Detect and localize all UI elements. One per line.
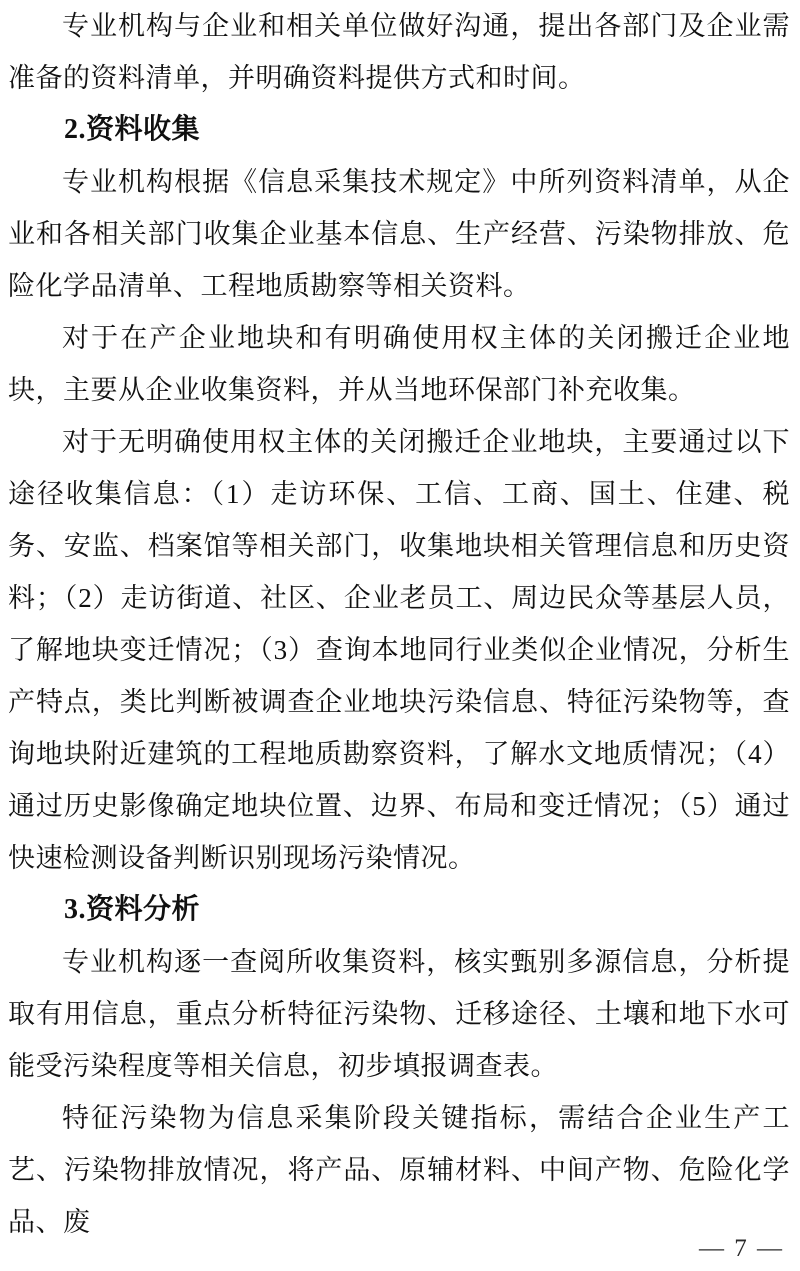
paragraph-characteristic-pollutants: 特征污染物为信息采集阶段关键指标，需结合企业生产工艺、污染物排放情况，将产品、原… xyxy=(8,1092,790,1248)
section-heading-data-analysis: 3.资料分析 xyxy=(8,884,790,936)
section-heading-data-collection: 2.资料收集 xyxy=(8,104,790,156)
paragraph-collection-sources: 专业机构根据《信息采集技术规定》中所列资料清单，从企业和各相关部门收集企业基本信… xyxy=(8,156,790,312)
paragraph-operating-sites: 对于在产企业地块和有明确使用权主体的关闭搬迁企业地块，主要从企业收集资料，并从当… xyxy=(8,312,790,416)
page-number: — 7 — xyxy=(699,1235,784,1262)
paragraph-analysis-process: 专业机构逐一查阅所收集资料，核实甄别多源信息，分析提取有用信息，重点分析特征污染… xyxy=(8,936,790,1092)
page-footer: — 7 — xyxy=(699,1235,784,1263)
paragraph-unclear-ownership-sites: 对于无明确使用权主体的关闭搬迁企业地块，主要通过以下途径收集信息：（1）走访环保… xyxy=(8,416,790,884)
document-page: 专业机构与企业和相关单位做好沟通，提出各部门及企业需准备的资料清单，并明确资料提… xyxy=(0,0,800,1271)
paragraph-communication: 专业机构与企业和相关单位做好沟通，提出各部门及企业需准备的资料清单，并明确资料提… xyxy=(8,0,790,104)
